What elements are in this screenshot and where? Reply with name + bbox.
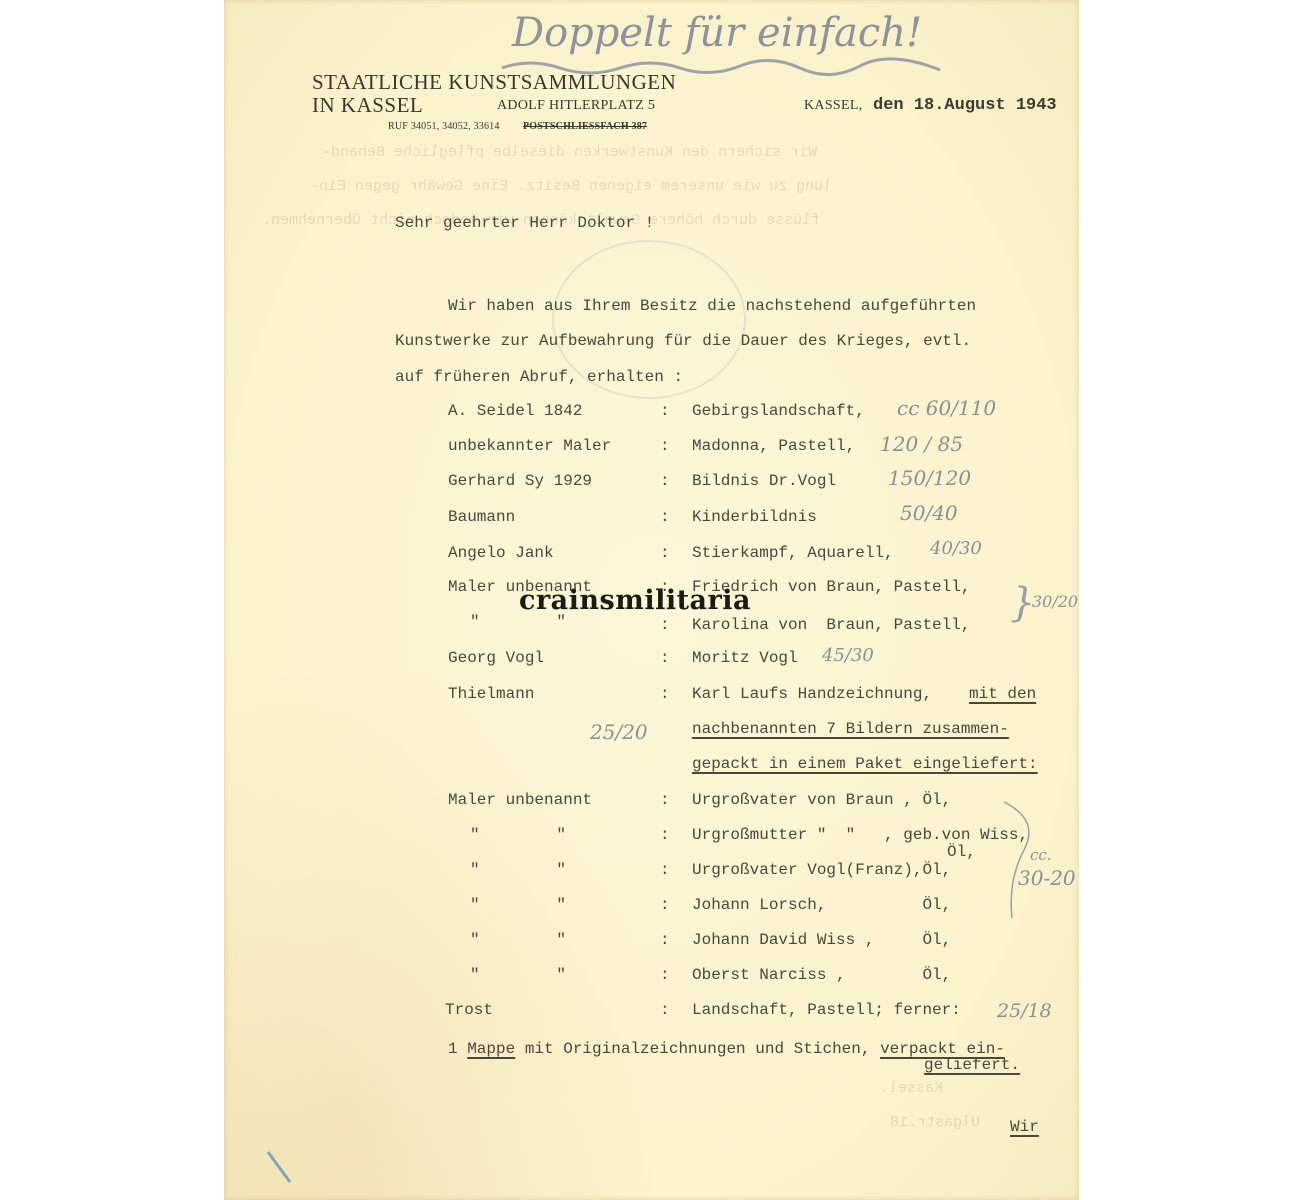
item-work: Kinderbildnis — [692, 508, 817, 526]
item-colon: : — [660, 861, 670, 879]
item-artist: Thielmann — [448, 685, 534, 703]
item-colon: : — [660, 931, 670, 949]
continuation-line: gepackt in einem Paket eingeliefert: — [692, 755, 1038, 773]
item-colon: : — [660, 544, 670, 562]
item-colon: : — [660, 1001, 670, 1019]
letter-date: den 18.August 1943 — [873, 96, 1057, 115]
item-work-underlined: mit den — [969, 685, 1036, 703]
item-note: 40/30 — [930, 538, 982, 559]
item-work: Karl Laufs Handzeichnung, — [692, 685, 932, 703]
item-work: Bildnis Dr.Vogl — [692, 472, 836, 490]
item-colon: : — [660, 402, 670, 420]
item-colon: : — [660, 966, 670, 984]
body-line: Kunstwerke zur Aufbewahrung für die Daue… — [395, 332, 971, 350]
package-artist: " " — [470, 966, 566, 984]
item-colon: : — [660, 685, 670, 703]
closing-text: mit Originalzeichnungen und Stichen, — [515, 1040, 880, 1058]
package-note: 30-20 — [1018, 866, 1076, 890]
watermark: crainsmilitaria — [519, 585, 751, 616]
closing-wir: Wir — [1010, 1118, 1039, 1136]
item-note: 120 / 85 — [880, 432, 963, 456]
letterhead-phone: RUF 34051, 34052, 33614 — [388, 121, 500, 132]
ink-mark-icon — [262, 1148, 298, 1188]
package-artist: Maler unbenannt — [448, 791, 592, 809]
closing-geliefert: geliefert. — [924, 1056, 1020, 1074]
item-work: Gebirgslandschaft, — [692, 402, 865, 420]
package-work: Landschaft, Pastell; ferner: — [692, 1001, 961, 1019]
closing-line: 1 Mappe mit Originalzeichnungen und Stic… — [448, 1040, 1005, 1058]
item-work: Karolina von Braun, Pastell, — [692, 616, 970, 634]
item-note: 45/30 — [822, 645, 874, 666]
item-artist: Gerhard Sy 1929 — [448, 472, 592, 490]
item-artist: Angelo Jank — [448, 544, 554, 562]
package-work: Urgroßvater Vogl(Franz),Öl, — [692, 861, 951, 879]
item-colon: : — [660, 616, 670, 634]
item-colon: : — [660, 826, 670, 844]
item-artist: Baumann — [448, 508, 515, 526]
package-work: Oberst Narciss , Öl, — [692, 966, 951, 984]
item-colon: : — [660, 896, 670, 914]
item-note: cc 60/110 — [897, 396, 996, 420]
package-work: Urgroßvater von Braun , Öl, — [692, 791, 951, 809]
package-artist: " " — [470, 931, 566, 949]
package-artist: " " — [470, 826, 566, 844]
body-line: auf früheren Abruf, erhalten : — [395, 368, 683, 386]
letterhead-line2: IN KASSEL — [312, 93, 423, 118]
letterhead-line1: STAATLICHE KUNSTSAMMLUNGEN — [312, 70, 676, 95]
package-work: Öl, — [947, 843, 976, 861]
item-colon: : — [660, 437, 670, 455]
item-colon: : — [660, 472, 670, 490]
mappe-word: Mappe — [467, 1040, 515, 1058]
item-artist: A. Seidel 1842 — [448, 402, 582, 420]
ghost-text-line: Wir sichern den Kunstwerken dieselbe pfl… — [322, 144, 817, 161]
item-artist: Georg Vogl — [448, 649, 544, 667]
salutation: Sehr geehrter Herr Doktor ! — [395, 214, 654, 232]
package-work: Johann Lorsch, Öl, — [692, 896, 951, 914]
ghost-text-line: lung zu wie unserem eigenen Besitz. Eine… — [310, 178, 832, 195]
handwritten-header: Doppelt für einfach! — [512, 10, 922, 56]
item-colon: : — [660, 508, 670, 526]
item-work: Stierkampf, Aquarell, — [692, 544, 894, 562]
letterhead-postbox: POSTSCHLIESSFACH 387 — [523, 121, 647, 132]
package-work: Johann David Wiss , Öl, — [692, 931, 951, 949]
closing-prefix: 1 — [448, 1040, 467, 1058]
package-note-cc: cc. — [1030, 846, 1052, 864]
item-colon: : — [660, 791, 670, 809]
letterhead-address: ADOLF HITLERPLATZ 5 — [497, 98, 655, 114]
item-colon: : — [660, 649, 670, 667]
letterhead-place: KASSEL, — [804, 98, 863, 114]
bracket-note: 30/20 — [1032, 592, 1078, 611]
item-work: Madonna, Pastell, — [692, 437, 855, 455]
trost-note: 25/18 — [997, 1000, 1052, 1022]
package-artist: " " — [470, 896, 566, 914]
item-work: Moritz Vogl — [692, 649, 798, 667]
ghost-bottom: Kassel. — [880, 1080, 943, 1097]
item-note: 50/40 — [900, 501, 958, 525]
item-note: 150/120 — [888, 466, 971, 490]
ghost-bottom: Ulgastr.18 — [890, 1114, 980, 1131]
package-artist: Trost — [445, 1001, 493, 1019]
body-line: Wir haben aus Ihrem Besitz die nachstehe… — [448, 297, 976, 315]
thielmann-note: 25/20 — [590, 720, 648, 744]
package-work: Urgroßmutter " " , geb.von Wiss, — [692, 826, 1028, 844]
package-artist: " " — [470, 861, 566, 879]
item-artist: unbekannter Maler — [448, 437, 611, 455]
continuation-line: nachbenannten 7 Bildern zusammen- — [692, 720, 1009, 738]
